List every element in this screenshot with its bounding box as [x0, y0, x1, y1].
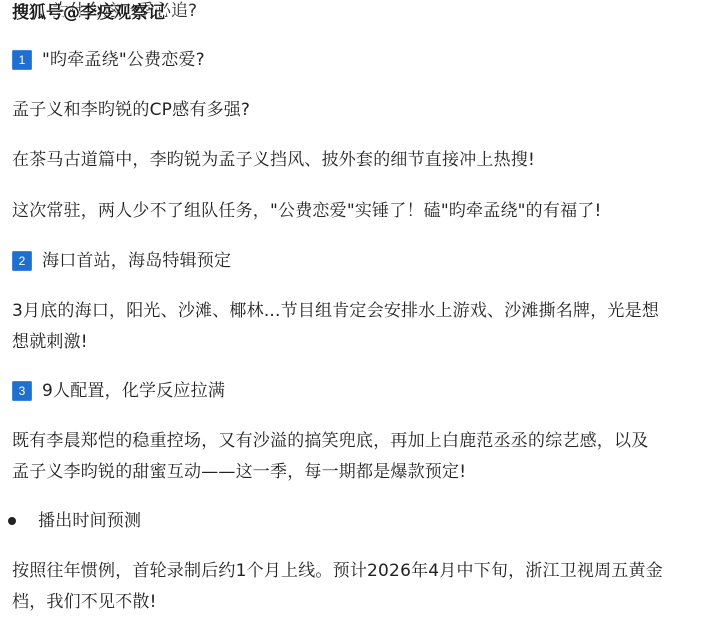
- paragraph-line: 档，我们不见不散!: [12, 586, 157, 618]
- paragraph-line: 孟子义李昀锐的甜蜜互动——这一季，每一期都是爆款预定!: [12, 456, 466, 488]
- paragraph-line: 3月底的海口，阳光、沙滩、椰林...节目组肯定会安排水上游戏、沙滩撕名牌，光是想: [12, 295, 659, 327]
- watermark: 搜狐号@李疫观察记: [12, 0, 165, 26]
- paragraph-line: 既有李晨郑恺的稳重控场，又有沙溢的搞笑兜底，再加上白鹿范丞丞的综艺感，以及: [12, 425, 648, 457]
- keycap-2-icon: 2: [12, 251, 32, 271]
- section-title: "昀牵孟绕"公费恋爱?: [42, 44, 205, 76]
- section-title: 9人配置，化学反应拉满: [42, 375, 225, 407]
- section-title: 海口首站，海岛特辑预定: [42, 245, 231, 277]
- section-heading-1: 1 "昀牵孟绕"公费恋爱?: [12, 44, 205, 76]
- paragraph-line: 想就刺激!: [12, 326, 88, 358]
- bullet-icon: [8, 517, 16, 525]
- bullet-item: 播出时间预测: [0, 505, 141, 537]
- paragraph: 在茶马古道篇中，李昀锐为孟子义挡风、披外套的细节直接冲上热搜!: [12, 144, 535, 176]
- keycap-1-icon: 1: [12, 50, 32, 70]
- keycap-3-icon: 3: [12, 381, 32, 401]
- paragraph: 这次常驻，两人少不了组队任务，"公费恋爱"实锤了！磕"昀牵孟绕"的有福了!: [12, 195, 602, 227]
- paragraph: 孟子义和李昀锐的CP感有多强?: [12, 94, 250, 126]
- section-heading-3: 3 9人配置，化学反应拉满: [12, 375, 225, 407]
- paragraph-line: 按照往年惯例，首轮录制后约1个月上线。预计2026年4月中下旬，浙江卫视周五黄金: [12, 555, 663, 587]
- bullet-text: 播出时间预测: [38, 505, 141, 537]
- top-line: 为什么这一季必追? 搜狐号@李疫观察记: [12, 0, 312, 30]
- section-heading-2: 2 海口首站，海岛特辑预定: [12, 245, 231, 277]
